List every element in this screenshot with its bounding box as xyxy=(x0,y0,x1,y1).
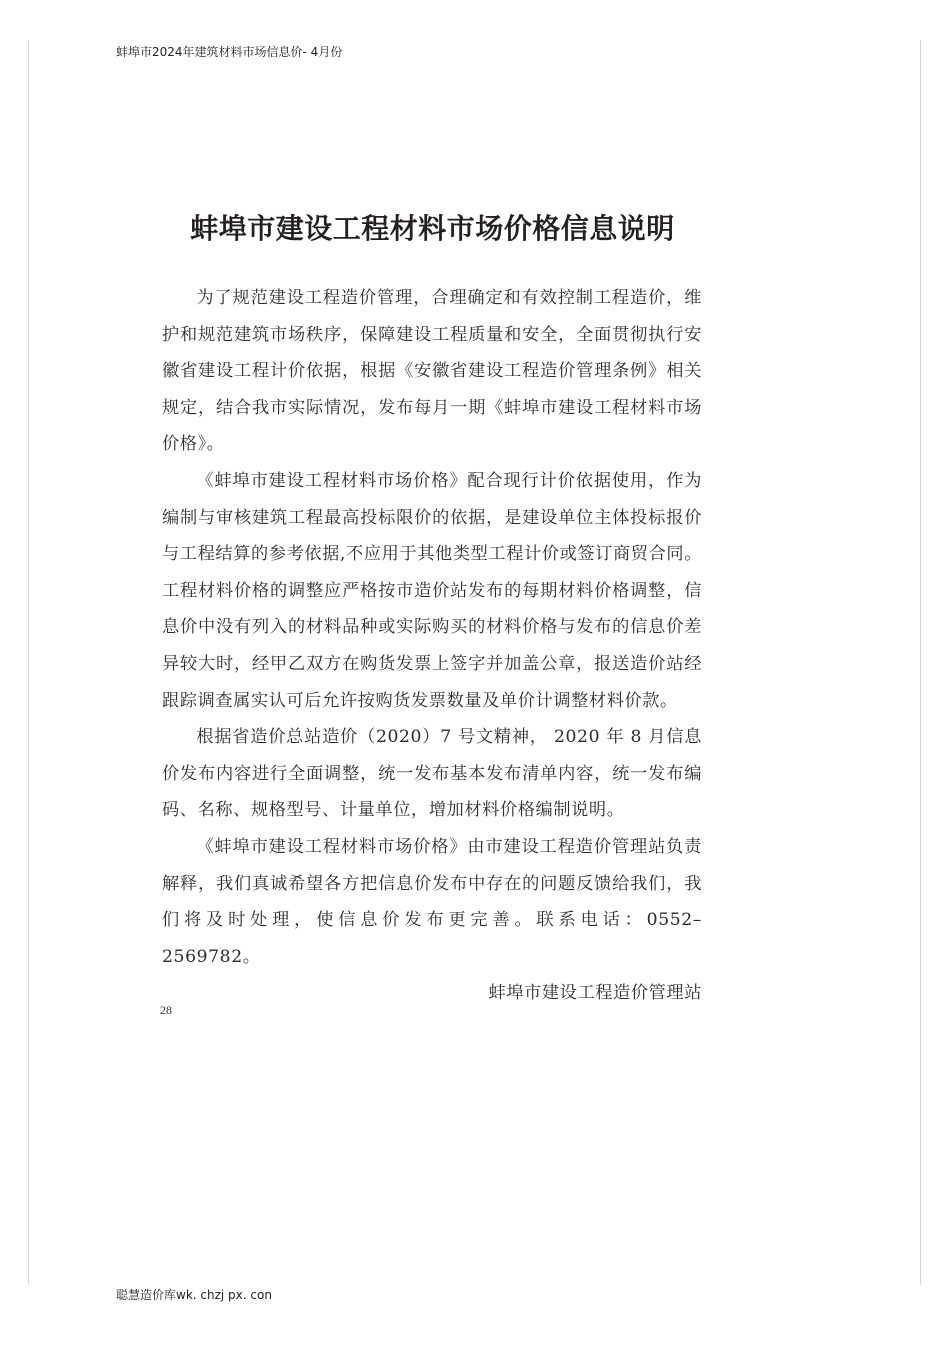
signature: 蚌埠市建设工程造价管理站 xyxy=(162,975,702,1012)
paragraph-contact: 《蚌埠市建设工程材料市场价格》由市建设工程造价管理站负责解释，我们真诚希望各方把… xyxy=(162,829,702,975)
page-title: 蚌埠市建设工程材料市场价格信息说明 xyxy=(160,207,705,247)
footer-watermark: 聪慧造价库wk. chzj px. con xyxy=(116,1286,272,1303)
page-border-right xyxy=(920,40,921,1285)
document-body: 为了规范建设工程造价管理，合理确定和有效控制工程造价，维护和规范建筑市场秩序，保… xyxy=(162,280,702,1012)
paragraph-purpose: 为了规范建设工程造价管理，合理确定和有效控制工程造价，维护和规范建筑市场秩序，保… xyxy=(162,280,702,463)
paragraph-usage: 《蚌埠市建设工程材料市场价格》配合现行计价依据使用，作为编制与审核建筑工程最高投… xyxy=(162,463,702,719)
page-number: 28 xyxy=(160,1003,172,1018)
running-header: 蚌埠市2024年建筑材料市场信息价- 4月份 xyxy=(116,43,342,60)
paragraph-adjustment: 根据省造价总站造价（2020）7 号文精神， 2020 年 8 月信息价发布内容… xyxy=(162,719,702,829)
page-border-left xyxy=(28,40,29,1285)
